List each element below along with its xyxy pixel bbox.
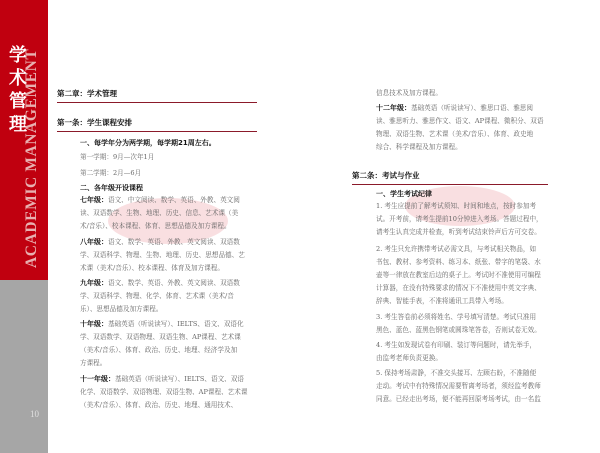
line: 2. 考生只允许携带考试必需文具，与考试相关物品，如 <box>376 243 566 256</box>
line: 5. 保持考场肃静，不准交头接耳、左顾右盼，不准随便 <box>376 367 566 380</box>
page-number: 10 <box>30 409 39 419</box>
line: 壶等一律放在教室后边的桌子上。考试时不准使用可编程 <box>376 269 566 282</box>
grade-paragraph: 七年级：语文、中文阅读、数学、英语、外教、英文阅 读、双语数学、生物、地理、历史… <box>80 194 260 233</box>
item-heading: 二、各年级开设课程 <box>80 183 143 193</box>
line: 黑色、蓝色、蓝黑色钢笔或圆珠笔答卷，否则试卷无效。 <box>376 324 566 337</box>
continued-line: 信息技术及加方课程。 <box>376 87 442 100</box>
line: 综合、科学课程及加方课程。 <box>376 141 566 154</box>
sidebar-gray-block <box>0 280 48 453</box>
line: 学、双语数学、双语物理、双语生物、AP课程、艺术课 <box>80 331 260 344</box>
line: 试。开考前，请考生提前10分钟进入考场。答题过程中， <box>376 213 566 226</box>
item-heading: 一、学生考试纪律 <box>376 189 432 199</box>
rule-paragraph: 2. 考生只允许携带考试必需文具，与考试相关物品，如 书包、教材、参考资料、练习… <box>376 243 566 308</box>
line: 语文、数学、英语、外教、英文阅读、双语数 <box>108 238 240 246</box>
line: 乐）、思想品德及加方课程。 <box>80 303 260 316</box>
line: 学、双语科学、物理、生物、地理、历史、思想品德、艺 <box>80 249 260 262</box>
line: 基础英语（听说读写）、IELTS、语文、双语 <box>115 375 244 383</box>
line: 3. 考生答卷前必须将姓名、学号填写清楚。考试只准用 <box>376 311 566 324</box>
line: 读、双语数学、生物、地理、历史、信息、艺术课（美 <box>80 207 260 220</box>
line: 读、雅思听力、雅思作文、语文、AP课程、微积分、双语 <box>376 115 566 128</box>
grade-paragraph: 十二年级：基础英语（听说读写）、雅思口语、雅思阅 读、雅思听力、雅思作文、语文、… <box>376 102 566 154</box>
rule-paragraph: 1. 考生应提前了解考试须知、时间和地点，按时参加考 试。开考前，请考生提前10… <box>376 200 566 239</box>
semester-line: 第一学期：9月—次年1月 <box>80 151 154 164</box>
grade-label: 九年级： <box>80 279 108 287</box>
line: 语文、数学、英语、外教、英文阅读、双语数 <box>108 279 240 287</box>
grade-label: 十年级： <box>80 320 108 328</box>
section-heading: 第二条：考试与作业 <box>352 170 548 185</box>
grade-label: 十一年级： <box>80 375 115 383</box>
grade-paragraph: 十年级：基础英语（听说读写）、IELTS、语文、双语化 学、双语数学、双语物理、… <box>80 318 260 370</box>
grade-paragraph: 九年级：语文、数学、英语、外教、英文阅读、双语数 学、双语科学、物理、化学、体育… <box>80 277 260 316</box>
semester-line: 第二学期：2月—6月 <box>80 167 141 180</box>
rule-paragraph: 5. 保持考场肃静，不准交头接耳、左顾右盼，不准随便 走动。考试中有特殊情况需要… <box>376 367 566 406</box>
line: 基础英语（听说读写）、IELTS、语文、双语化 <box>108 320 244 328</box>
line: 由监考老师负责更换。 <box>376 352 566 365</box>
line: 计算器，在没有特殊要求的情况下不准使用中英文字典、 <box>376 282 566 295</box>
line: （美术/音乐）、体育、政治、历史、地理、通用技术、 <box>80 399 260 412</box>
line: 4. 考生如发现试卷有印刷、装订等问题时，请先举手， <box>376 339 566 352</box>
line: 语文、中文阅读、数学、英语、外教、英文阅 <box>108 196 240 204</box>
line: 物理、双语生物、艺术课（美术/音乐）、体育、政史地 <box>376 128 566 141</box>
line: 走动。考试中有特殊情况需要暂离考场者，须经监考教师 <box>376 380 566 393</box>
section-title-english: ACADEMIC MANAGEMENT <box>23 49 41 268</box>
grade-paragraph: 十一年级：基础英语（听说读写）、IELTS、语文、双语 化学、双语数学、双语物理… <box>80 373 260 412</box>
line: 方课程。 <box>80 357 260 370</box>
line: 辞典、智能手表，不准将通讯工具带入考场。 <box>376 295 566 308</box>
grade-label: 八年级： <box>80 238 108 246</box>
line: 书包、教材、参考资料、练习本、纸张、带字的笔袋、水 <box>376 256 566 269</box>
grade-paragraph: 八年级：语文、数学、英语、外教、英文阅读、双语数 学、双语科学、物理、生物、地理… <box>80 236 260 275</box>
line: 1. 考生应提前了解考试须知、时间和地点，按时参加考 <box>376 200 566 213</box>
grade-label: 七年级： <box>80 196 108 204</box>
chapter-heading: 第二章：学术管理 <box>57 88 257 103</box>
line: 术/音乐）、校本课程、体育、思想品德及加方课程。 <box>80 220 260 233</box>
line: 化学、双语数学、双语物理、双语生物、AP课程、艺术课 <box>80 386 260 399</box>
line: 请考生认真完成并检查，听到考试结束铃声后方可交卷。 <box>376 226 566 239</box>
section-heading: 第一条：学生课程安排 <box>57 117 257 132</box>
line: 基础英语（听说读写）、雅思口语、雅思阅 <box>411 104 533 112</box>
line: 学、双语科学、物理、化学、体育、艺术课（美术/音 <box>80 290 260 303</box>
rule-paragraph: 4. 考生如发现试卷有印刷、装订等问题时，请先举手， 由监考老师负责更换。 <box>376 339 566 365</box>
line: 同意。已经走出考场，便不能再回原考场考试，由一名监 <box>376 393 566 406</box>
grade-label: 十二年级： <box>376 104 411 112</box>
rule-paragraph: 3. 考生答卷前必须将姓名、学号填写清楚。考试只准用 黑色、蓝色、蓝黑色钢笔或圆… <box>376 311 566 337</box>
line: （美术/音乐）、体育、政治、历史、地理、经济学及加 <box>80 344 260 357</box>
item-heading: 一、每学年分为两学期，每学期21周左右。 <box>80 138 216 148</box>
sidebar-band: 学 术 管 理 ACADEMIC MANAGEMENT 10 <box>0 0 48 453</box>
line: 术课（美术/音乐）、校本课程、体育及加方课程。 <box>80 262 260 275</box>
